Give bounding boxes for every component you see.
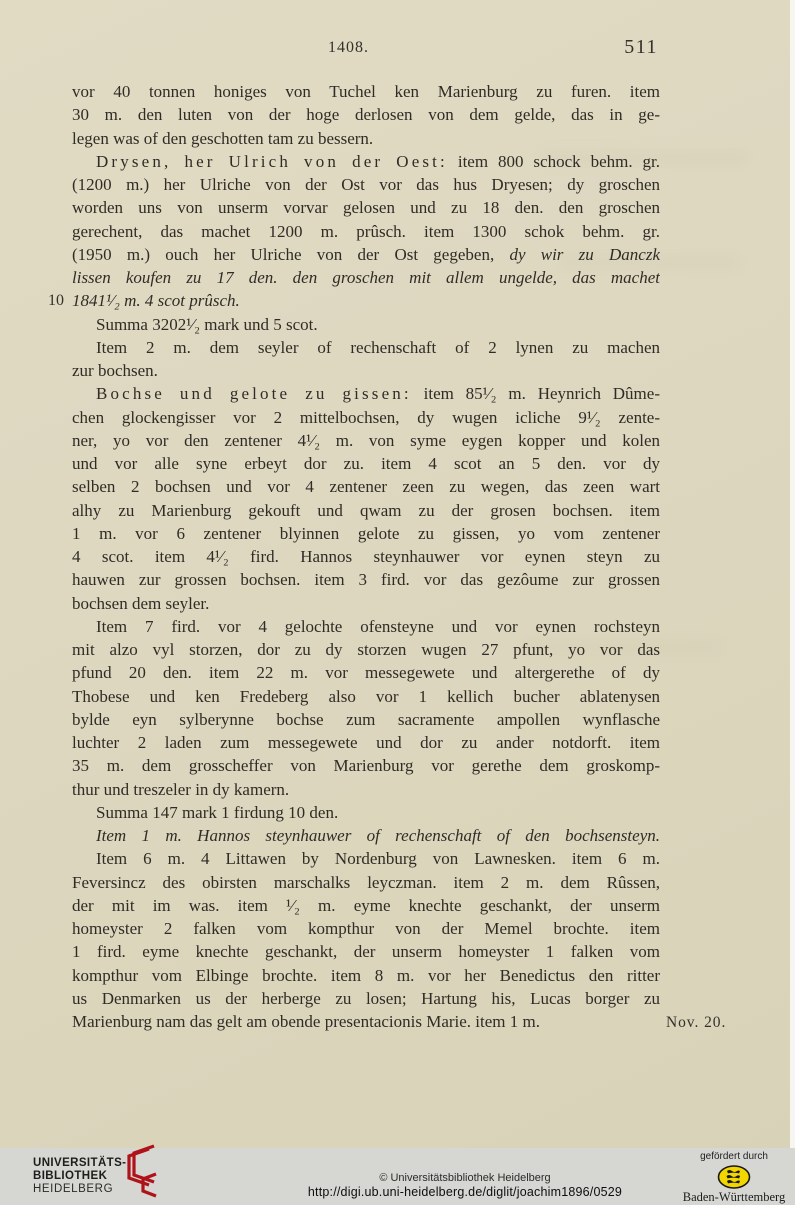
text-line: (1950 m.) ouch her Ulriche von der Ost g… [72,243,660,266]
text-segment: worden uns von unserm vorvar gelosen und… [72,198,660,217]
text-line: Item 1 m. Hannos steynhauwer of rechensc… [72,824,660,847]
text-line: lissen koufen zu 17 den. den groschen mi… [72,266,660,289]
open-books-icon [113,1143,161,1201]
text-segment: selben 2 bochsen und vor 4 zentener zeen… [72,477,660,496]
copyright-line: © Universitätsbibliothek Heidelberg [300,1172,630,1185]
text-line: 101841¹⁄₂ m. 4 scot prûsch. [72,289,660,312]
text-segment: lissen koufen zu 17 den. den groschen mi… [72,268,660,287]
text-segment: Item 2 m. dem seyler of rechenschaft of … [96,338,660,357]
text-line: 25mit alzo vyl storzen, dor zu dy storze… [72,638,660,661]
text-segment: Summa 147 mark 1 firdung 10 den. [96,803,338,822]
text-segment: (1200 m.) her Ulriche von der Ost vor da… [72,175,660,194]
line-number: 10 [36,289,64,312]
text-line: bylde eyn sylberynne bochse zum sacramen… [72,708,660,731]
text-segment: Summa 3202¹⁄₂ mark und 5 scot. [96,315,318,334]
text-segment: us Denmarken us der herberge zu losen; H… [72,989,660,1008]
text-segment: hauwen zur grossen bochsen. item 3 fird.… [72,570,660,589]
text-segment: item 85¹⁄₂ m. Heynrich Dûme- [412,384,660,403]
text-segment: 4 scot. item 4¹⁄₂ fird. Hannos steynhauw… [72,547,660,566]
text-line: Drysen, her Ulrich von der Oest: item 80… [72,150,660,173]
text-line: selben 2 bochsen und vor 4 zentener zeen… [72,475,660,498]
text-line: 3035 m. dem grosscheffer von Marienburg … [72,754,660,777]
text-line: vor 40 tonnen honiges von Tuchel ken Mar… [72,80,660,103]
text-segment: 1 fird. eyme knechte geschankt, der unse… [72,942,660,961]
text-line: 5(1200 m.) her Ulriche von der Ost vor d… [72,173,660,196]
text-segment: Drysen, her Ulrich von der Oest: [96,152,448,171]
text-segment: vor 40 tonnen honiges von Tuchel ken Mar… [72,82,660,101]
text-segment: (1950 m.) ouch her Ulriche von der Ost g… [72,245,509,264]
text-line: der mit im was. item ¹⁄₂ m. eyme knechte… [72,894,660,917]
source-url: http://digi.ub.uni-heidelberg.de/diglit/… [300,1185,630,1199]
text-segment: item 800 schock behm. gr. [448,152,660,171]
text-line: thur und treszeler in dy kamern. [72,778,660,801]
text-line: und vor alle syne erbeyt dor zu. item 4 … [72,452,660,475]
text-segment: der mit im was. item ¹⁄₂ m. eyme knechte… [72,896,660,915]
text-line: zur bochsen. [72,359,660,382]
text-segment: zur bochsen. [72,361,158,380]
text-line: 1 fird. eyme knechte geschankt, der unse… [72,940,660,963]
text-segment: dy wir zu Danczk [509,245,660,264]
footer-credit: © Universitätsbibliothek Heidelberg http… [300,1172,630,1199]
text-segment: bochsen dem seyler. [72,594,209,613]
text-segment: mit alzo vyl storzen, dor zu dy storzen … [72,640,660,659]
text-segment: legen was of den geschotten tam zu besse… [72,129,373,148]
text-block: vor 40 tonnen honiges von Tuchel ken Mar… [72,80,660,1033]
text-segment: Item 6 m. 4 Littawen by Nordenburg von L… [96,849,660,868]
text-segment: Item 7 fird. vor 4 gelochte ofensteyne u… [96,617,660,636]
text-segment: Bochse und gelote zu gissen: [96,384,412,403]
text-line: Summa 3202¹⁄₂ mark und 5 scot. [72,313,660,336]
text-segment: pfund 20 den. item 22 m. vor messegewete… [72,663,660,682]
text-line: pfund 20 den. item 22 m. vor messegewete… [72,661,660,684]
text-segment: und vor alle syne erbeyt dor zu. item 4 … [72,454,660,473]
scan-edge-strip [790,0,795,1148]
text-line: Summa 147 mark 1 firdung 10 den. [72,801,660,824]
text-segment: ner, yo vor den zentener 4¹⁄₂ m. von sym… [72,431,660,450]
text-segment: Item 1 m. Hannos steynhauwer of rechensc… [96,826,660,845]
text-segment: luchter 2 laden zum messegewete und dor … [72,733,660,752]
text-line: legen was of den geschotten tam zu besse… [72,127,660,150]
text-line: Item 7 fird. vor 4 gelochte ofensteyne u… [72,615,660,638]
text-line: Bochse und gelote zu gissen: item 85¹⁄₂ … [72,382,660,405]
text-segment: bylde eyn sylberynne bochse zum sacramen… [72,710,660,729]
text-segment: Feversincz des obirsten marschalks leycz… [72,873,660,892]
margin-date-note: Nov. 20. [666,1011,776,1034]
text-line: Marienburg nam das gelt am obende presen… [72,1010,660,1033]
text-segment: gerechent, das machet 1200 m. prûsch. it… [72,222,660,241]
funding-region: Baden-Württemberg [678,1191,790,1204]
text-line: bochsen dem seyler. [72,592,660,615]
text-segment: homeyster 2 falken vom kompthur von der … [72,919,660,938]
header-page-number: 511 [624,36,658,59]
text-line: Item 6 m. 4 Littawen by Nordenburg von L… [72,847,660,870]
text-segment: Thobese und ken Fredeberg also vor 1 kel… [72,687,660,706]
text-line: worden uns von unserm vorvar gelosen und… [72,196,660,219]
text-line: 35Feversincz des obirsten marschalks ley… [72,871,660,894]
text-line: 30 m. den luten von der hoge derlosen vo… [72,103,660,126]
page-header: 1408. 511 [72,36,660,62]
text-line: gerechent, das machet 1200 m. prûsch. it… [72,220,660,243]
text-segment: chen glockengisser vor 2 mittelbochsen, … [72,408,660,427]
text-line: Thobese und ken Fredeberg also vor 1 kel… [72,685,660,708]
funding-block: gefördert durch Baden-Württemberg [678,1151,790,1204]
text-line: alhy zu Marienburg gekouft und qwam zu d… [72,499,660,522]
digitization-footer: UNIVERSITÄTS- BIBLIOTHEK HEIDELBERG © Un… [0,1148,795,1205]
text-line: kompthur vom Elbinge brochte. item 8 m. … [72,964,660,987]
text-line: Item 2 m. dem seyler of rechenschaft of … [72,336,660,359]
text-line: luchter 2 laden zum messegewete und dor … [72,731,660,754]
text-segment: 35 m. dem grosscheffer von Marienburg vo… [72,756,660,775]
text-line: 4 scot. item 4¹⁄₂ fird. Hannos steynhauw… [72,545,660,568]
text-segment: 30 m. den luten von der hoge derlosen vo… [72,105,660,124]
text-line: hauwen zur grossen bochsen. item 3 fird.… [72,568,660,591]
baden-wuerttemberg-coat-of-arms-icon [716,1164,752,1190]
text-segment: Marienburg nam das gelt am obende presen… [72,1012,540,1031]
text-segment: thur und treszeler in dy kamern. [72,780,289,799]
text-segment: alhy zu Marienburg gekouft und qwam zu d… [72,501,660,520]
text-segment: 1 m. vor 6 zentener blyinnen gelote zu g… [72,524,660,543]
scanned-book-page: 1408. 511 vor 40 tonnen honiges von Tuch… [0,0,795,1205]
funding-label: gefördert durch [678,1151,790,1163]
text-line: ner, yo vor den zentener 4¹⁄₂ m. von sym… [72,429,660,452]
text-line: 40us Denmarken us der herberge zu losen;… [72,987,660,1010]
text-line: 15chen glockengisser vor 2 mittelbochsen… [72,406,660,429]
header-year: 1408. [328,39,369,57]
text-segment: 1841¹⁄₂ m. 4 scot prûsch. [72,291,240,310]
text-line: homeyster 2 falken vom kompthur von der … [72,917,660,940]
text-segment: kompthur vom Elbinge brochte. item 8 m. … [72,966,660,985]
text-line: 201 m. vor 6 zentener blyinnen gelote zu… [72,522,660,545]
